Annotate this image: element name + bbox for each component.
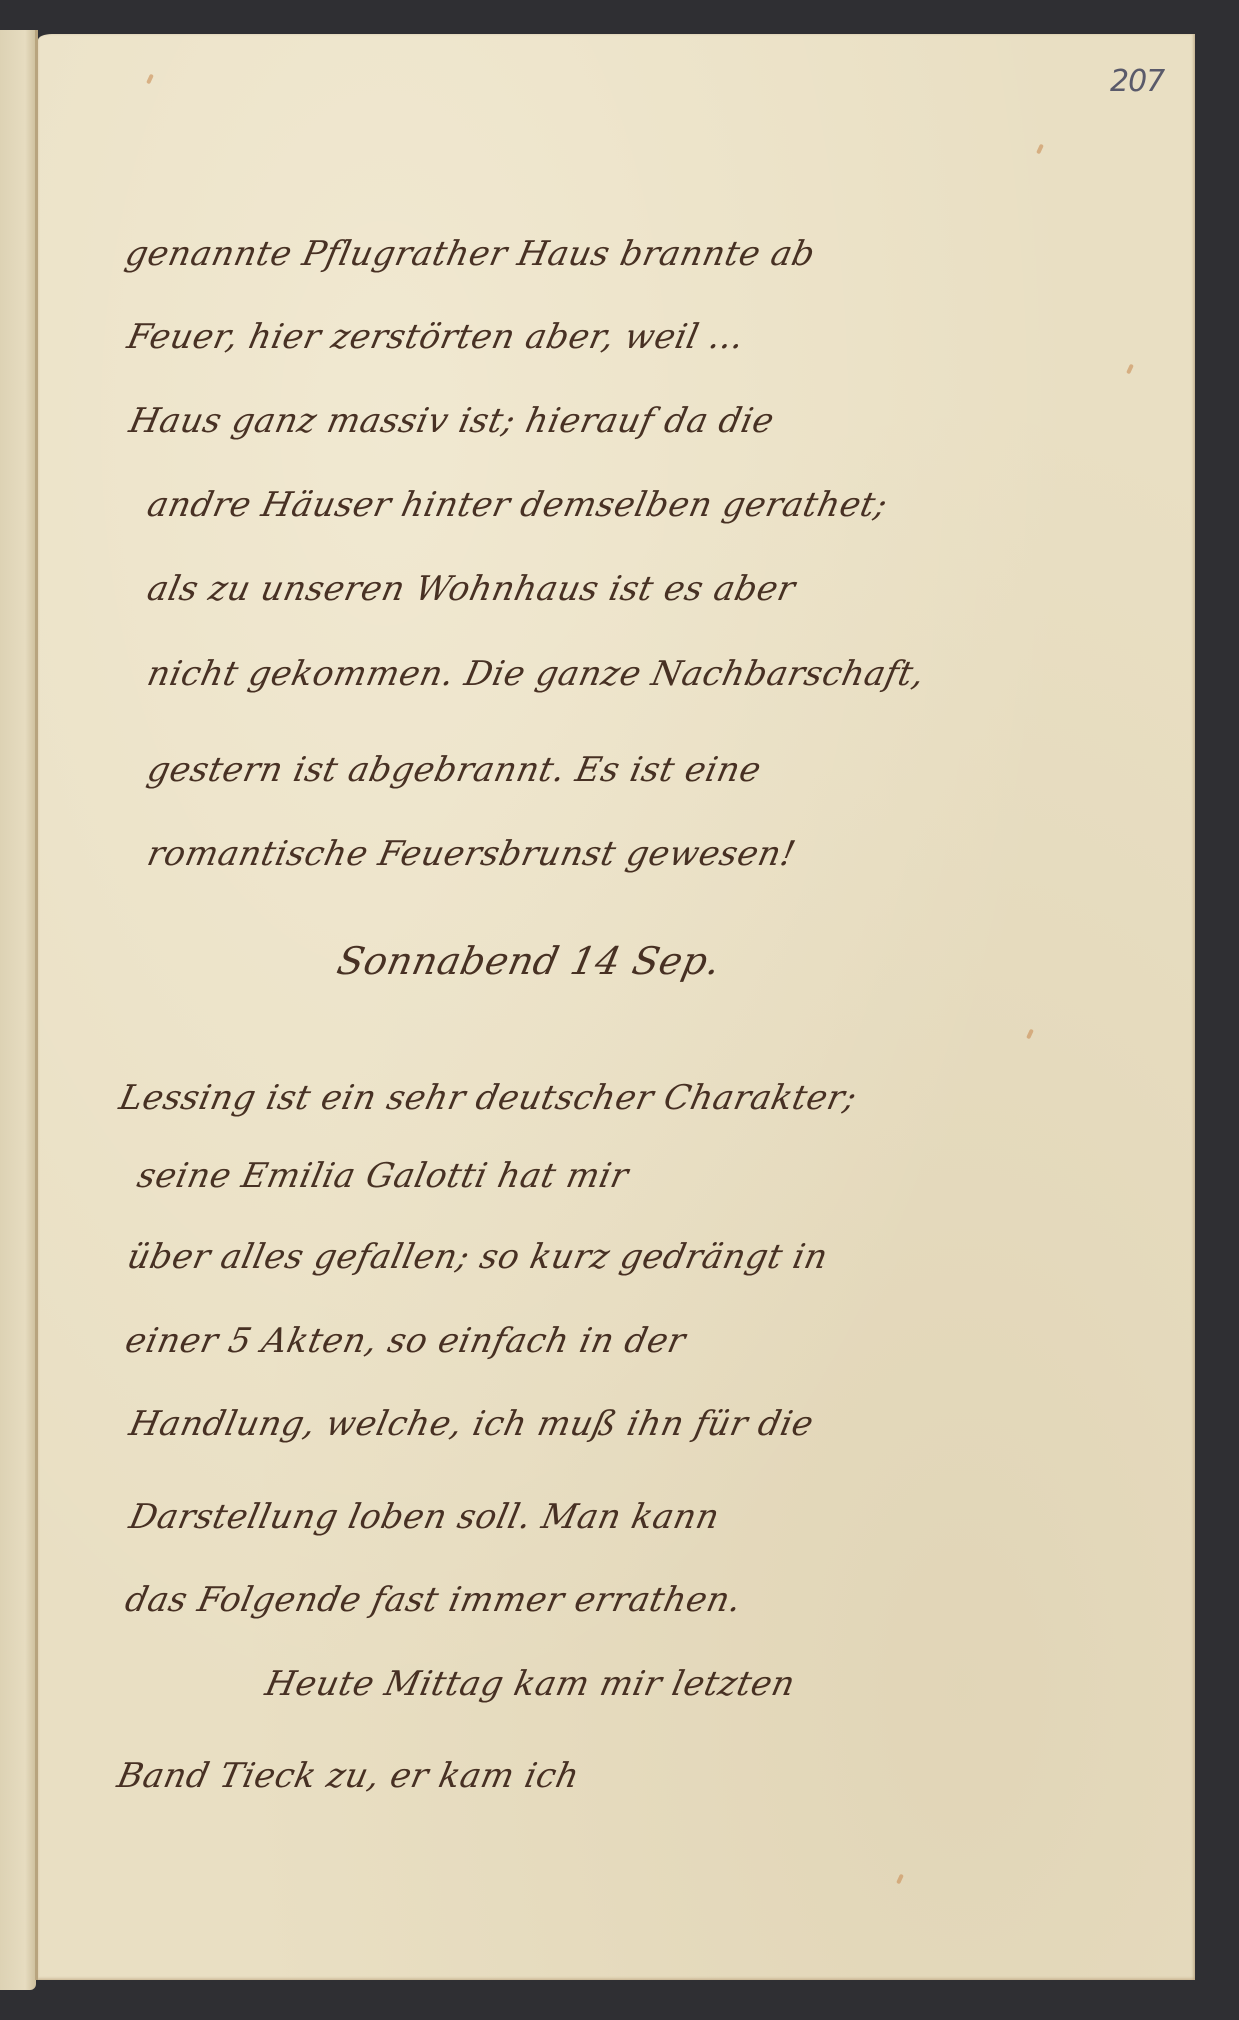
text-line: das Folgende fast immer errathen.: [122, 1580, 745, 1620]
text-line: seine Emilia Galotti hat mir: [134, 1156, 632, 1196]
paper-fleck: [1126, 364, 1134, 375]
paper-fleck: [1026, 1029, 1034, 1040]
text-line: Feuer, hier zerstörten aber, weil ...: [124, 317, 748, 357]
text-line: Haus ganz massiv ist; hierauf da die: [126, 401, 778, 441]
text-line: Lessing ist ein sehr deutscher Charakter…: [116, 1078, 861, 1118]
previous-page-edge: [0, 30, 36, 1990]
paper-fleck: [146, 74, 154, 85]
text-line: Handlung, welche, ich muß ihn für die: [126, 1404, 817, 1444]
text-line: romantische Feuersbrunst gewesen!: [144, 834, 800, 874]
text-line: andre Häuser hinter demselben gerathet;: [144, 485, 891, 525]
paper-fleck: [1036, 144, 1044, 155]
text-line: gestern ist abgebrannt. Es ist eine: [144, 750, 765, 790]
manuscript-page: 207 genannte Pflugrather Haus brannte ab…: [38, 34, 1195, 1980]
text-line: Darstellung loben soll. Man kann: [126, 1497, 723, 1537]
text-line: als zu unseren Wohnhaus ist es aber: [144, 569, 799, 609]
text-line: einer 5 Akten, so einfach in der: [122, 1321, 689, 1361]
date-heading: Sonnabend 14 Sep.: [333, 939, 724, 983]
paper-fleck: [896, 1874, 904, 1885]
text-line: nicht gekommen. Die ganze Nachbarschaft,: [144, 654, 929, 694]
text-line: genannte Pflugrather Haus brannte ab: [122, 234, 819, 274]
text-line: Band Tieck zu, er kam ich: [114, 1756, 583, 1796]
text-line: über alles gefallen; so kurz gedrängt in: [124, 1237, 832, 1277]
folio-number: 207: [1110, 64, 1164, 99]
text-line: Heute Mittag kam mir letzten: [262, 1664, 799, 1704]
